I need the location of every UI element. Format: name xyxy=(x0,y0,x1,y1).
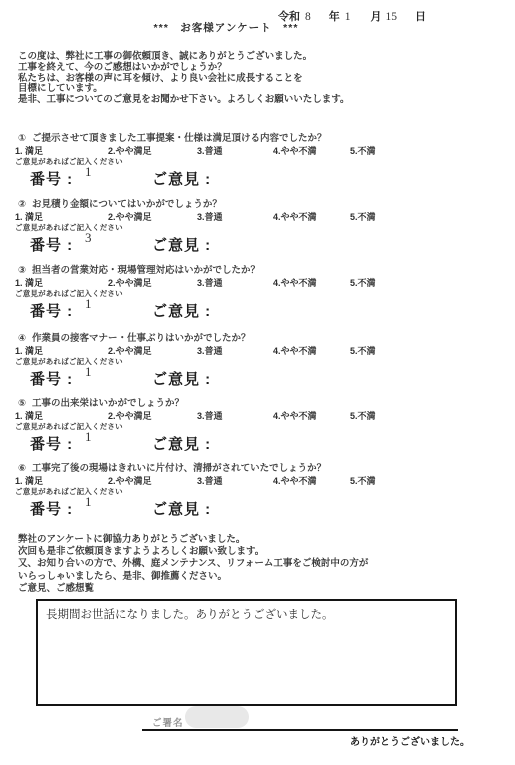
question-block-5: ⑤工事の出来栄はいかがでしょうか？ 1. 満足 2.やや満足 3.普通 4.やや… xyxy=(0,395,515,455)
answer-value[interactable]: 1 xyxy=(85,494,92,510)
closing-paragraph: 弊社のアンケートに御協力ありがとうございました。 次回も是非ご依頼頂きますようよ… xyxy=(18,534,368,595)
answer-row: 番号 : 1 ご意見 : xyxy=(30,431,330,451)
opinion-label: ご意見 : xyxy=(152,433,211,454)
survey-page: 令和8年1月15日 *** お客様アンケート *** この度は、弊社に工事の御依… xyxy=(0,0,515,765)
question-block-2: ②お見積り金額についてはいかがでしょうか？ 1. 満足 2.やや満足 3.普通 … xyxy=(0,196,515,256)
question-title: ⑤工事の出来栄はいかがでしょうか？ xyxy=(18,395,184,409)
option-scale: 1. 満足 2.やや満足 3.普通 4.やや不満 5.不満 xyxy=(15,344,435,355)
question-block-6: ⑥工事完了後の現場はきれいに片付け、清掃がされていたでしょうか？ 1. 満足 2… xyxy=(0,460,515,520)
answer-value[interactable]: 3 xyxy=(85,230,92,246)
option-4-somewhat-dissatisfied[interactable]: 4.やや不満 xyxy=(273,344,317,357)
number-label: 番号 : xyxy=(30,368,73,389)
question-block-1: ①ご提示させて頂きました工事提案・仕様は満足頂ける内容でしたか？ 1. 満足 2… xyxy=(0,130,515,190)
answer-row: 番号 : 1 ご意見 : xyxy=(30,496,330,516)
closing-line: いらっしゃいましたら、是非、御推薦ください。 xyxy=(18,571,368,583)
answer-row: 番号 : 1 ご意見 : xyxy=(30,366,330,386)
question-text: お見積り金額についてはいかがでしょうか？ xyxy=(32,199,222,210)
closing-line: 次回も是非ご依頼頂きますようよろしくお願い致します。 xyxy=(18,546,368,558)
number-label: 番号 : xyxy=(30,433,73,454)
number-label: 番号 : xyxy=(30,498,73,519)
comment-section-label: ご意見、ご感想覧 xyxy=(18,583,368,595)
signature-label: ご署名 xyxy=(152,715,184,729)
option-3-neutral[interactable]: 3.普通 xyxy=(197,474,223,487)
opinion-label: ご意見 : xyxy=(152,498,211,519)
opinion-label: ご意見 : xyxy=(152,168,211,189)
intro-line: 工事を終えて、今のご感想はいかがでしょうか？ xyxy=(18,63,350,74)
closing-line: 弊社のアンケートに御協力ありがとうございました。 xyxy=(18,534,368,546)
option-3-neutral[interactable]: 3.普通 xyxy=(197,210,223,223)
question-title: ①ご提示させて頂きました工事提案・仕様は満足頂ける内容でしたか？ xyxy=(18,130,327,144)
option-5-dissatisfied[interactable]: 5.不満 xyxy=(350,144,376,157)
question-title: ②お見積り金額についてはいかがでしょうか？ xyxy=(18,196,222,210)
question-title: ⑥工事完了後の現場はきれいに片付け、清掃がされていたでしょうか？ xyxy=(18,460,326,474)
comment-box[interactable]: 長期間お世話になりました。ありがとうございました。 xyxy=(36,599,457,706)
answer-value[interactable]: 1 xyxy=(85,429,92,445)
intro-line: 是非、工事についてのご意見をお聞かせ下さい。よろしくお願いいたします。 xyxy=(18,95,350,106)
question-block-4: ④作業員の接客マナー・仕事ぶりはいかがでしたか？ 1. 満足 2.やや満足 3.… xyxy=(0,330,515,390)
question-title: ③担当者の営業対応・現場管理対応はいかがでしたか？ xyxy=(18,262,260,276)
question-number: ④ xyxy=(18,333,26,344)
option-scale: 1. 満足 2.やや満足 3.普通 4.やや不満 5.不満 xyxy=(15,409,435,420)
answer-row: 番号 : 1 ご意見 : xyxy=(30,298,330,318)
question-number: ② xyxy=(18,199,26,210)
option-4-somewhat-dissatisfied[interactable]: 4.やや不満 xyxy=(273,409,317,422)
closing-line: 又、お知り合いの方で、外構、庭メンテナンス、リフォーム工事をご検討中の方が xyxy=(18,558,368,570)
option-scale: 1. 満足 2.やや満足 3.普通 4.やや不満 5.不満 xyxy=(15,210,435,221)
option-3-neutral[interactable]: 3.普通 xyxy=(197,276,223,289)
option-3-neutral[interactable]: 3.普通 xyxy=(197,144,223,157)
opinion-label: ご意見 : xyxy=(152,300,211,321)
answer-value[interactable]: 1 xyxy=(85,364,92,380)
option-5-dissatisfied[interactable]: 5.不満 xyxy=(350,474,376,487)
bottom-thanks: ありがとうございました。 xyxy=(350,733,470,748)
question-number: ③ xyxy=(18,265,26,276)
question-title: ④作業員の接客マナー・仕事ぶりはいかがでしたか？ xyxy=(18,330,251,344)
option-4-somewhat-dissatisfied[interactable]: 4.やや不満 xyxy=(273,144,317,157)
question-text: 作業員の接客マナー・仕事ぶりはいかがでしたか？ xyxy=(32,333,251,344)
option-5-dissatisfied[interactable]: 5.不満 xyxy=(350,276,376,289)
option-3-neutral[interactable]: 3.普通 xyxy=(197,409,223,422)
number-label: 番号 : xyxy=(30,300,73,321)
answer-row: 番号 : 1 ご意見 : xyxy=(30,166,330,186)
question-block-3: ③担当者の営業対応・現場管理対応はいかがでしたか？ 1. 満足 2.やや満足 3… xyxy=(0,262,515,322)
option-5-dissatisfied[interactable]: 5.不満 xyxy=(350,344,376,357)
question-text: 工事の出来栄はいかがでしょうか？ xyxy=(32,398,184,409)
answer-row: 番号 : 3 ご意見 : xyxy=(30,232,330,252)
comment-text: 長期間お世話になりました。ありがとうございました。 xyxy=(46,606,455,622)
option-scale: 1. 満足 2.やや満足 3.普通 4.やや不満 5.不満 xyxy=(15,144,435,155)
opinion-label: ご意見 : xyxy=(152,368,211,389)
option-5-dissatisfied[interactable]: 5.不満 xyxy=(350,409,376,422)
option-4-somewhat-dissatisfied[interactable]: 4.やや不満 xyxy=(273,474,317,487)
question-text: ご提示させて頂きました工事提案・仕様は満足頂ける内容でしたか？ xyxy=(32,133,327,144)
option-5-dissatisfied[interactable]: 5.不満 xyxy=(350,210,376,223)
question-text: 工事完了後の現場はきれいに片付け、清掃がされていたでしょうか？ xyxy=(32,463,326,474)
option-scale: 1. 満足 2.やや満足 3.普通 4.やや不満 5.不満 xyxy=(15,276,435,287)
answer-value[interactable]: 1 xyxy=(85,164,92,180)
answer-value[interactable]: 1 xyxy=(85,296,92,312)
option-4-somewhat-dissatisfied[interactable]: 4.やや不満 xyxy=(273,210,317,223)
intro-paragraph: この度は、弊社に工事の御依頼頂き、誠にありがとうございました。 工事を終えて、今… xyxy=(18,52,350,106)
number-label: 番号 : xyxy=(30,168,73,189)
question-text: 担当者の営業対応・現場管理対応はいかがでしたか？ xyxy=(32,265,260,276)
option-scale: 1. 満足 2.やや満足 3.普通 4.やや不満 5.不満 xyxy=(15,474,435,485)
option-4-somewhat-dissatisfied[interactable]: 4.やや不満 xyxy=(273,276,317,289)
question-number: ⑤ xyxy=(18,398,26,409)
question-number: ① xyxy=(18,133,26,144)
opinion-label: ご意見 : xyxy=(152,234,211,255)
option-3-neutral[interactable]: 3.普通 xyxy=(197,344,223,357)
question-number: ⑥ xyxy=(18,463,26,474)
signature-line[interactable] xyxy=(142,729,458,731)
number-label: 番号 : xyxy=(30,234,73,255)
signature-redaction xyxy=(185,706,249,728)
page-title: *** お客様アンケート *** xyxy=(0,20,452,35)
